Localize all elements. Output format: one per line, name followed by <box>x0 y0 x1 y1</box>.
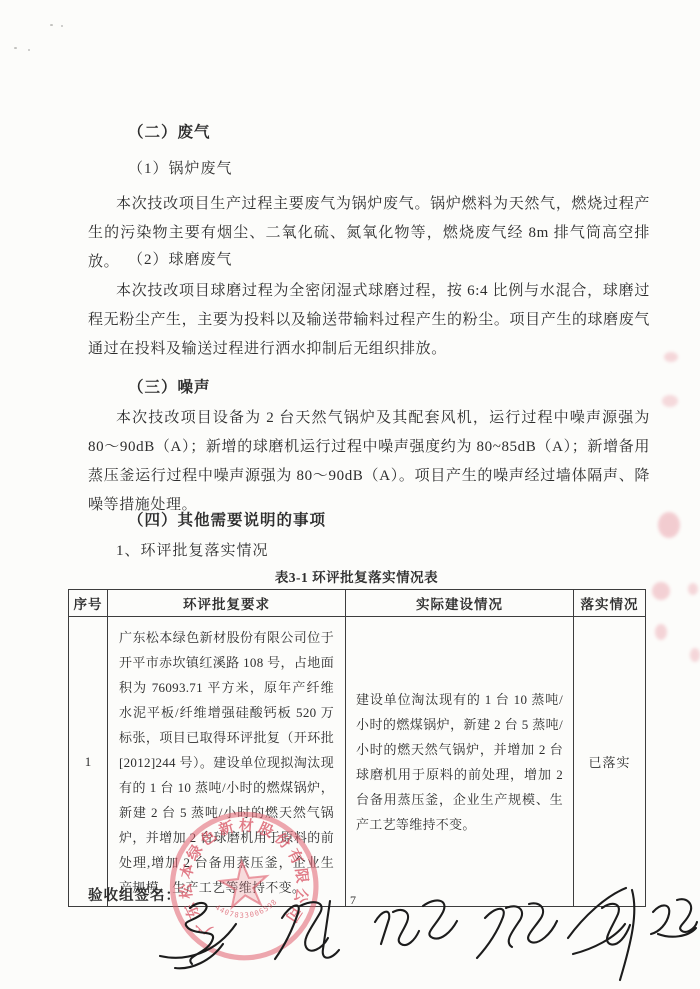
red-ink-bleed <box>664 352 678 362</box>
paragraph-noise: 本次技改项目设备为 2 台天然气锅炉及其配套风机，运行过程中噪声源强为 80～9… <box>88 404 650 520</box>
cell-implementation-status: 已落实 <box>574 617 646 907</box>
column-header-status: 落实情况 <box>574 590 646 617</box>
cell-row-number: 1 <box>69 617 108 907</box>
heading-waste-gas: （二）废气 <box>88 120 650 142</box>
red-ink-bleed <box>658 512 680 538</box>
heading-noise: （三）噪声 <box>88 375 650 397</box>
scan-speck <box>28 49 30 51</box>
heading-ballmill-gas: （2）球磨废气 <box>88 248 650 269</box>
handwritten-signature-3 <box>375 900 457 945</box>
handwritten-signatures <box>130 876 700 988</box>
paragraph-ballmill-gas: 本次技改项目球磨过程为全密闭湿式球磨过程，按 6:4 比例与水混合，球磨过程无粉… <box>88 277 650 364</box>
heading-other-items: （四）其他需要说明的事项 <box>88 508 650 530</box>
cell-actual-construction: 建设单位淘汰现有的 1 台 10 蒸吨/小时的燃煤锅炉，新建 2 台 5 蒸吨/… <box>346 617 574 907</box>
handwritten-signature-6 <box>651 899 697 936</box>
column-header-no: 序号 <box>69 590 108 617</box>
column-header-requirement: 环评批复要求 <box>108 590 346 617</box>
red-ink-bleed <box>662 395 678 407</box>
heading-boiler-gas: （1）锅炉废气 <box>88 157 650 178</box>
cell-requirement: 广东松本绿色新材股份有限公司位于开平市赤坎镇红溪路 108 号，占地面积为 76… <box>108 617 346 907</box>
handwritten-signature-5 <box>568 888 634 980</box>
red-ink-bleed <box>690 648 700 662</box>
eia-implementation-table: 序号 环评批复要求 实际建设情况 落实情况 1 广东松本绿色新材股份有限公司位于… <box>68 589 646 907</box>
handwritten-signature-1 <box>160 903 236 968</box>
handwritten-signature-4 <box>477 903 557 958</box>
scanned-document-page: （二）废气 （1）锅炉废气 本次技改项目生产过程主要废气为锅炉废气。锅炉燃料为天… <box>0 0 700 989</box>
scan-speck <box>50 24 53 26</box>
column-header-actual: 实际建设情况 <box>346 590 574 617</box>
red-ink-bleed <box>655 624 667 640</box>
table-row: 1 广东松本绿色新材股份有限公司位于开平市赤坎镇红溪路 108 号，占地面积为 … <box>69 617 646 907</box>
handwritten-signature-2 <box>275 901 339 959</box>
red-ink-bleed <box>688 583 698 595</box>
table-title: 表3-1 环评批复落实情况表 <box>68 566 645 586</box>
table-header-row: 序号 环评批复要求 实际建设情况 落实情况 <box>69 590 646 617</box>
scan-speck <box>14 47 17 49</box>
scan-speck <box>61 25 63 27</box>
red-ink-bleed <box>652 582 670 600</box>
list-item-eia-approval: 1、环评批复落实情况 <box>88 539 650 560</box>
